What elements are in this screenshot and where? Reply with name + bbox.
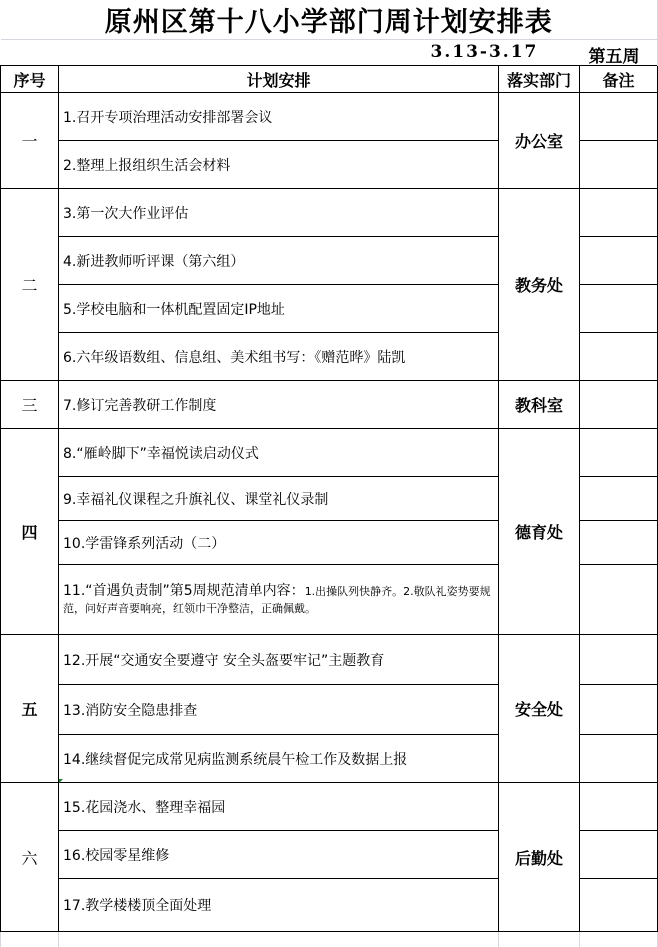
- header-dept[interactable]: 落实部门: [499, 66, 580, 93]
- dept-cell[interactable]: 办公室: [499, 93, 580, 189]
- note-cell[interactable]: [580, 189, 658, 237]
- header-note[interactable]: 备注: [580, 66, 658, 93]
- task-cell[interactable]: 8.“雁岭脚下”幸福悦读启动仪式: [59, 429, 499, 477]
- task-cell[interactable]: 5.学校电脑和一体机配置固定IP地址: [59, 285, 499, 333]
- table-row: 六 15.花园浇水、整理幸福园 后勤处: [1, 783, 658, 831]
- note-cell[interactable]: [580, 879, 658, 932]
- empty-cell[interactable]: [59, 932, 499, 947]
- week-label: 第五周: [589, 42, 640, 66]
- sheet-title[interactable]: 原州区第十八小学部门周计划安排表: [1, 0, 658, 40]
- cell-comment-indicator-icon: [59, 779, 63, 783]
- note-cell[interactable]: [580, 333, 658, 381]
- note-cell[interactable]: [580, 685, 658, 735]
- dept-cell[interactable]: 安全处: [499, 635, 580, 783]
- note-cell[interactable]: [580, 565, 658, 635]
- task-cell[interactable]: 3.第一次大作业评估: [59, 189, 499, 237]
- note-cell[interactable]: [580, 477, 658, 521]
- note-cell[interactable]: [580, 141, 658, 189]
- task-cell[interactable]: 10.学雷锋系列活动（二）: [59, 521, 499, 565]
- dept-cell[interactable]: 教务处: [499, 189, 580, 381]
- note-cell[interactable]: [580, 237, 658, 285]
- note-cell[interactable]: [580, 429, 658, 477]
- task-cell[interactable]: 9.幸福礼仪课程之升旗礼仪、课堂礼仪录制: [59, 477, 499, 521]
- seq-cell[interactable]: 六: [1, 783, 59, 932]
- note-cell[interactable]: [580, 381, 658, 429]
- table-row: 四 8.“雁岭脚下”幸福悦读启动仪式 德育处: [1, 429, 658, 477]
- date-range: 3.13-3.17: [431, 42, 539, 62]
- note-cell[interactable]: [580, 285, 658, 333]
- task-cell[interactable]: 2.整理上报组织生活会材料: [59, 141, 499, 189]
- task-cell[interactable]: 4.新进教师听评课（第六组）: [59, 237, 499, 285]
- task-cell[interactable]: 15.花园浇水、整理幸福园: [59, 783, 499, 831]
- dept-cell[interactable]: 德育处: [499, 429, 580, 635]
- empty-cell[interactable]: [580, 932, 658, 947]
- empty-cell[interactable]: [499, 932, 580, 947]
- dept-cell[interactable]: 后勤处: [499, 783, 580, 932]
- seq-cell[interactable]: 一: [1, 93, 59, 189]
- task-main-text: 11.“首遇负责制”第5周规范清单内容：: [63, 583, 305, 599]
- empty-row: [1, 932, 658, 947]
- table-row: 一 1.召开专项治理活动安排部署会议 办公室: [1, 93, 658, 141]
- table-row: 二 3.第一次大作业评估 教务处: [1, 189, 658, 237]
- task-cell[interactable]: 6.六年级语数组、信息组、美术组书写：《赠范晔》陆凯: [59, 333, 499, 381]
- task-cell[interactable]: 13.消防安全隐患排查: [59, 685, 499, 735]
- table-row: 五 12.开展“交通安全要遵守 安全头盔要牢记”主题教育 安全处: [1, 635, 658, 685]
- note-cell[interactable]: [580, 831, 658, 879]
- table-row: 三 7.修订完善教研工作制度 教科室: [1, 381, 658, 429]
- dept-cell[interactable]: 教科室: [499, 381, 580, 429]
- seq-cell[interactable]: 四: [1, 429, 59, 635]
- header-plan[interactable]: 计划安排: [59, 66, 499, 93]
- empty-cell[interactable]: [1, 932, 59, 947]
- note-cell[interactable]: [580, 635, 658, 685]
- task-cell[interactable]: 16.校园零星维修: [59, 831, 499, 879]
- date-row[interactable]: 3.13-3.17 第五周: [1, 40, 658, 66]
- task-cell[interactable]: 12.开展“交通安全要遵守 安全头盔要牢记”主题教育: [59, 635, 499, 685]
- seq-cell[interactable]: 二: [1, 189, 59, 381]
- seq-cell[interactable]: 五: [1, 635, 59, 783]
- note-cell[interactable]: [580, 521, 658, 565]
- weekly-plan-sheet: 原州区第十八小学部门周计划安排表 3.13-3.17 第五周 序号 计划安排 落…: [0, 0, 658, 947]
- task-cell[interactable]: 17.教学楼楼顶全面处理: [59, 879, 499, 932]
- note-cell[interactable]: [580, 93, 658, 141]
- seq-cell[interactable]: 三: [1, 381, 59, 429]
- task-cell[interactable]: 11.“首遇负责制”第5周规范清单内容：1.出操队列快静齐。2.敬队礼姿势要规范…: [59, 565, 499, 635]
- task-cell[interactable]: 7.修订完善教研工作制度: [59, 381, 499, 429]
- note-cell[interactable]: [580, 735, 658, 783]
- note-cell[interactable]: [580, 783, 658, 831]
- task-cell[interactable]: 14.继续督促完成常见病监测系统晨午检工作及数据上报: [59, 735, 499, 783]
- plan-table: 原州区第十八小学部门周计划安排表 3.13-3.17 第五周 序号 计划安排 落…: [0, 0, 658, 947]
- header-seq[interactable]: 序号: [1, 66, 59, 93]
- task-cell[interactable]: 1.召开专项治理活动安排部署会议: [59, 93, 499, 141]
- header-row: 序号 计划安排 落实部门 备注: [1, 66, 658, 93]
